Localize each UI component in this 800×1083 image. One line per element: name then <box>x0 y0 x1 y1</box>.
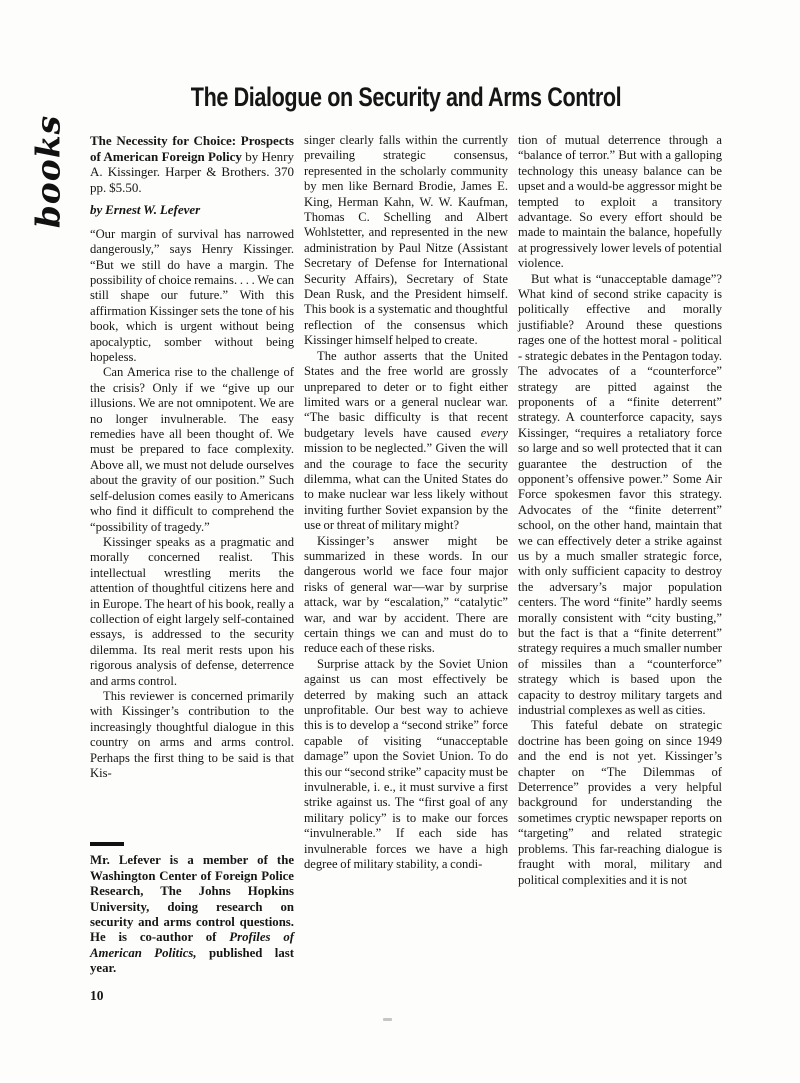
text-segment: mission to be neglected.” Given the will… <box>304 441 508 532</box>
text-segment: Kissinger speaks as a pragmatic and mora… <box>90 535 294 688</box>
paragraph: tion of mutual deterrence through a “bal… <box>518 133 722 272</box>
text-segment: This reviewer is concerned primarily wit… <box>90 689 294 780</box>
paragraph: This fateful debate on strategic doctrin… <box>518 718 722 887</box>
book-citation: The Necessity for Choice: Prospects of A… <box>90 133 294 195</box>
text-segment: every <box>481 426 508 440</box>
paragraph: Can America rise to the challenge of the… <box>90 365 294 534</box>
scan-artifact-mark <box>383 1018 392 1021</box>
text-segment: Surprise attack by the Soviet Union agai… <box>304 657 508 871</box>
text-segment: This fateful debate on strategic doctrin… <box>518 718 722 886</box>
byline: by Ernest W. Lefever <box>90 202 294 217</box>
paragraph: “Our margin of survival has narrowed dan… <box>90 227 294 366</box>
column-2: singer clearly falls within the currentl… <box>304 133 508 873</box>
paragraph: The author asserts that the United State… <box>304 349 508 534</box>
text-segment: singer clearly falls within the currentl… <box>304 133 508 347</box>
page-number: 10 <box>90 988 294 1003</box>
text-segment: Can America rise to the challenge of the… <box>90 365 294 533</box>
footnote-separator <box>90 842 124 846</box>
column-1: The Necessity for Choice: Prospects of A… <box>90 133 294 1003</box>
text-segment: The author asserts that the United State… <box>304 349 508 440</box>
footnote: Mr. Lefever is a member of the Washingto… <box>90 842 294 1003</box>
text-segment: Kissinger’s answer might be summarized i… <box>304 534 508 656</box>
text-segment: by Ernest W. Lefever <box>90 202 200 217</box>
books-section-label: books <box>18 104 78 238</box>
paragraph: Kissinger speaks as a pragmatic and mora… <box>90 535 294 689</box>
books-section-label-text: books <box>29 114 68 228</box>
text-segment: tion of mutual deterrence through a “bal… <box>518 133 722 270</box>
paragraph: Kissinger’s answer might be summarized i… <box>304 534 508 657</box>
paragraph: But what is “unacceptable damage”? What … <box>518 272 722 719</box>
page-title-text: The Dialogue on Security and Arms Contro… <box>191 82 621 113</box>
text-segment: “Our margin of survival has narrowed dan… <box>90 227 294 364</box>
paragraph: Surprise attack by the Soviet Union agai… <box>304 657 508 873</box>
paragraph: singer clearly falls within the currentl… <box>304 133 508 349</box>
paragraph: This reviewer is concerned primarily wit… <box>90 689 294 781</box>
column-3: tion of mutual deterrence through a “bal… <box>518 133 722 888</box>
footnote-text: Mr. Lefever is a member of the Washingto… <box>90 853 294 976</box>
page-title: The Dialogue on Security and Arms Contro… <box>90 82 722 113</box>
text-segment: But what is “unacceptable damage”? What … <box>518 272 722 717</box>
column-1-body: The Necessity for Choice: Prospects of A… <box>90 133 294 781</box>
